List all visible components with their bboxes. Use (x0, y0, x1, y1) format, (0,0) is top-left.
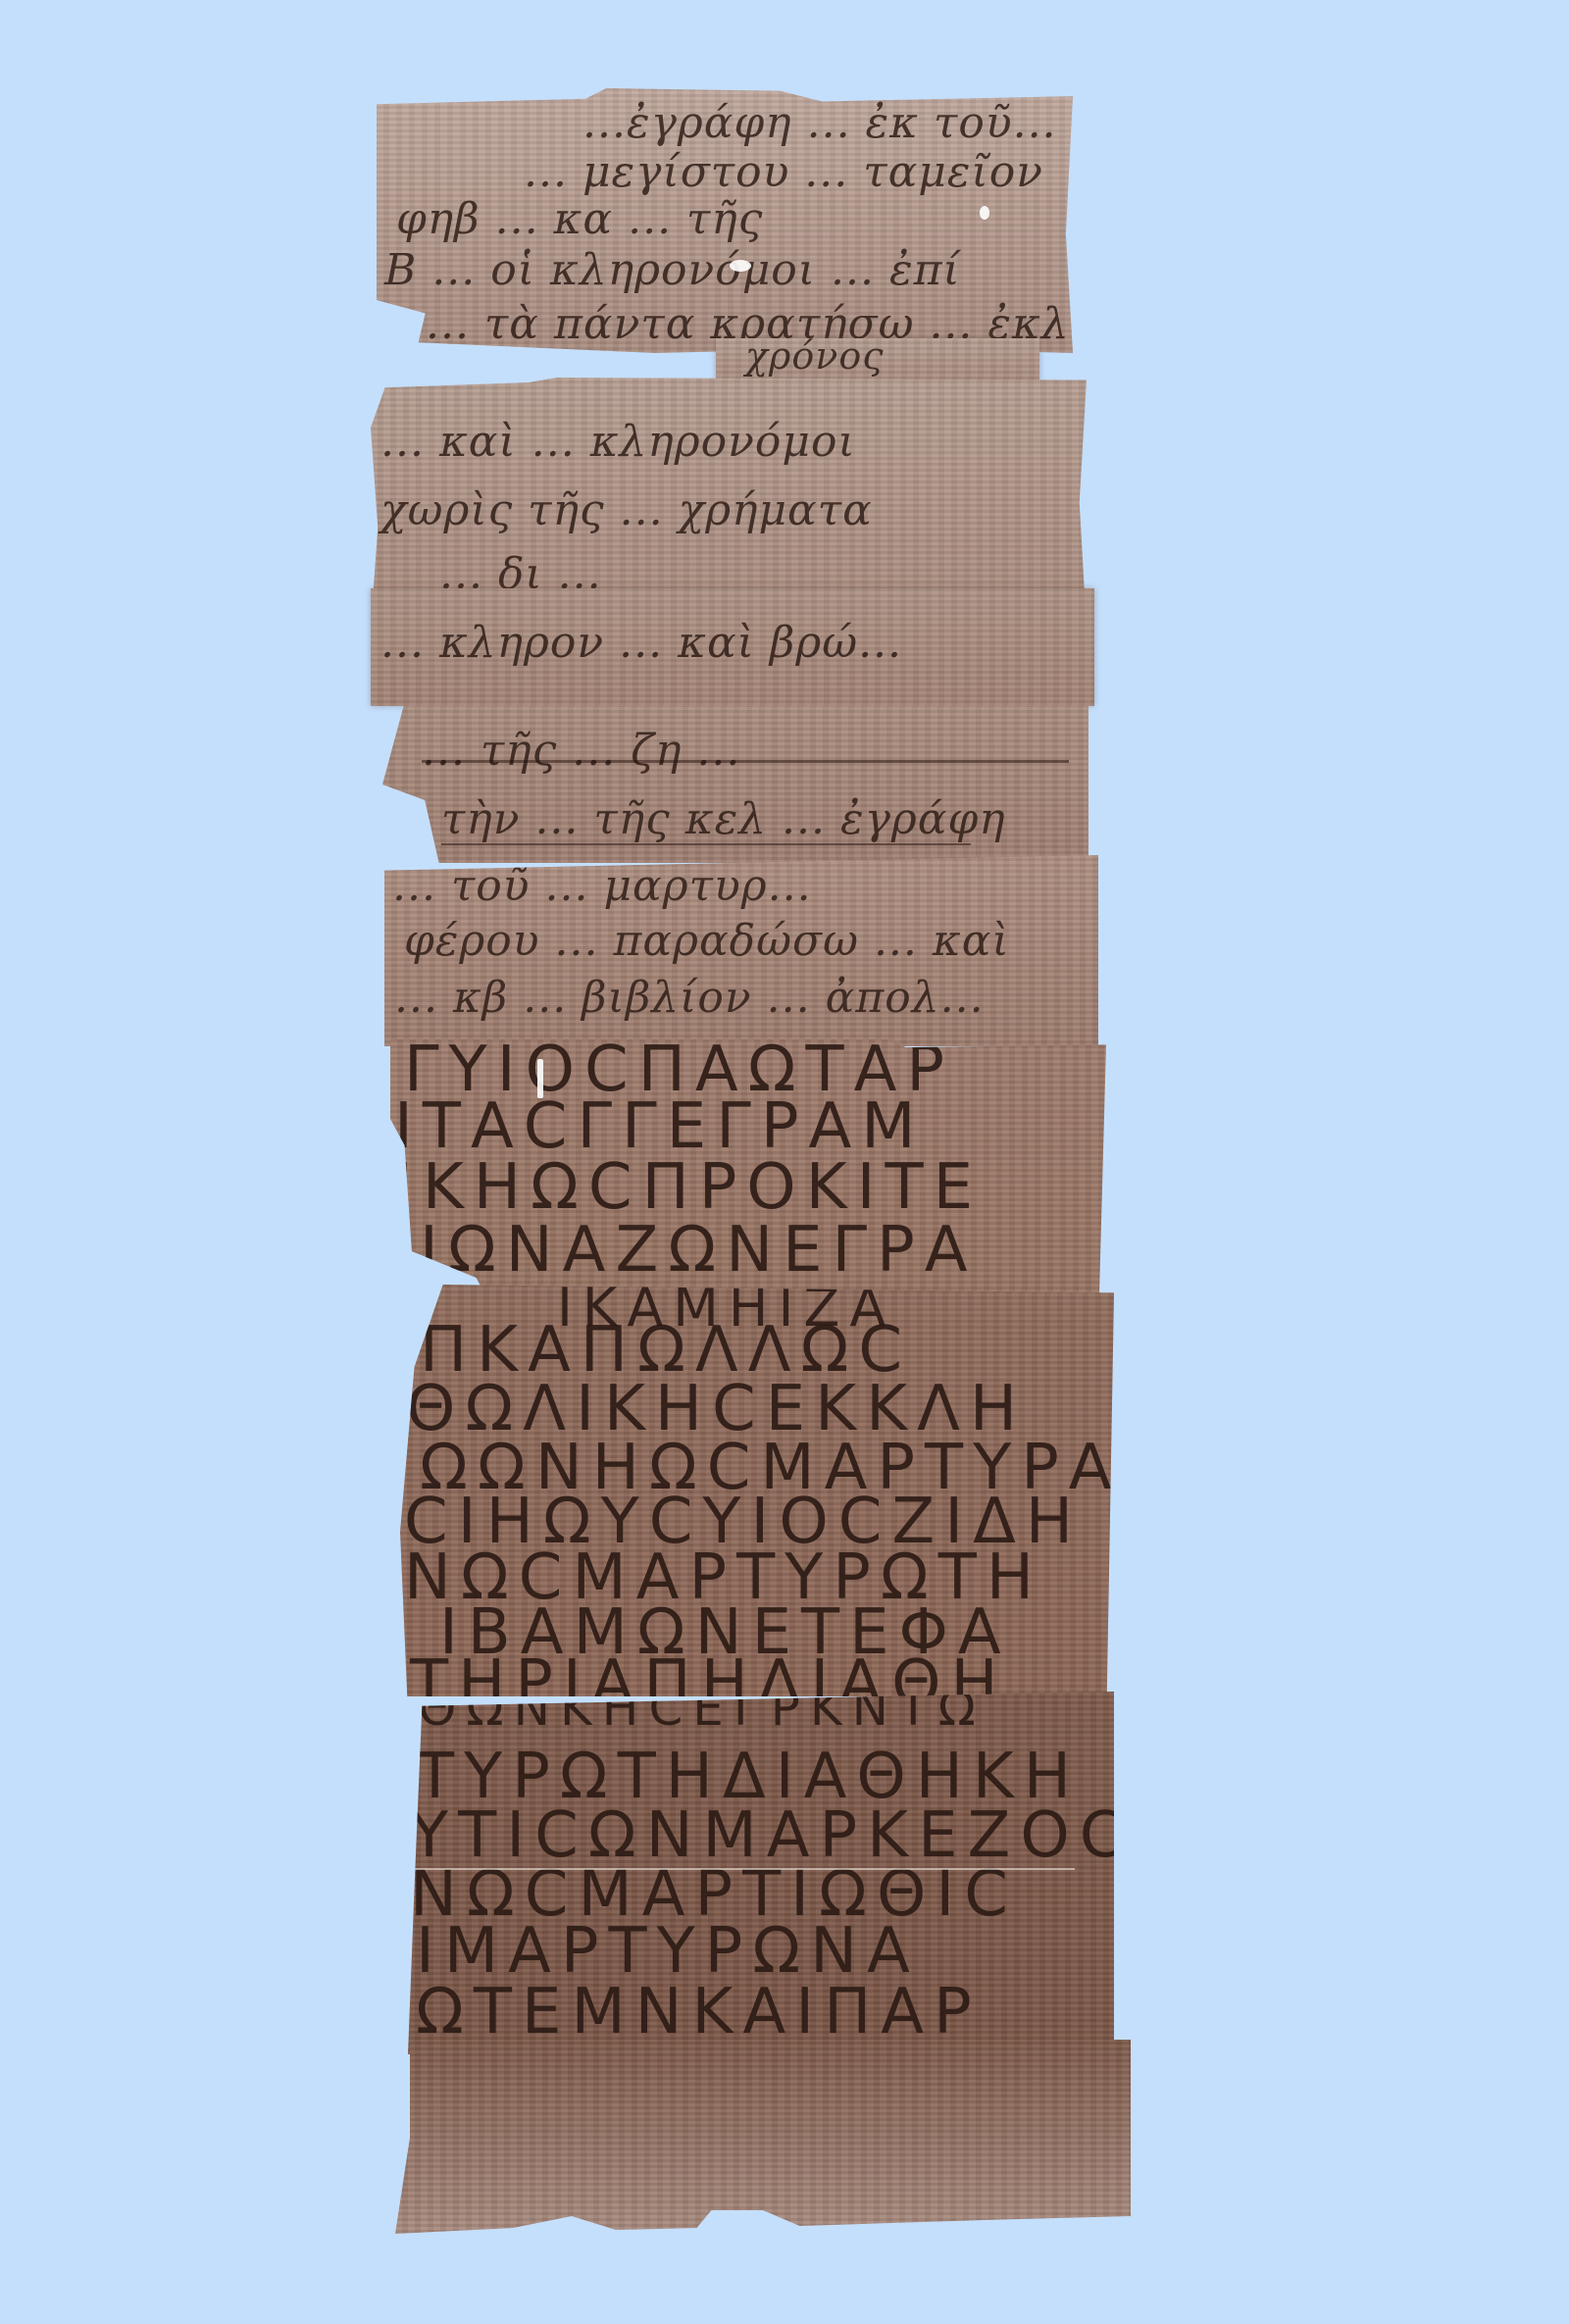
connector-fragment: χρόνος (716, 338, 1039, 382)
uncial-section-b: ΙΚΑΜΗΙΖΑ ΠΚΑΠΩΛΛΩϹ ΘΩΛΙΚΗϹΕΚΚΛΗ ΩΩΝΗΩϹΜΑ… (400, 1285, 1114, 1696)
text-line: ... μεγίστου ... ταμεῖον (377, 147, 1073, 197)
ink-stroke (441, 843, 971, 845)
text-line: ΙΚΗΩϹΠΡΟΚΙΤΕ (390, 1151, 1106, 1224)
text-line: ΙΩΝΑΖΩΝΕΓΡΑ (390, 1214, 1106, 1287)
text-line: τὴν ... τῆς κελ ... ἐγράφη (382, 794, 1088, 844)
hole (730, 260, 751, 272)
ink-stroke (422, 760, 1069, 763)
papyrus-fragment: ...ἐγράφη ... ἐκ τοῦ... ... μεγίστου ...… (0, 0, 1569, 2324)
text-line: Β ... οἱ κληρονόμοι ... ἐπί (377, 245, 1073, 295)
bottom-blank-area (395, 2040, 1131, 2236)
third-fragment: ... τῆς ... ζη ... τὴν ... τῆς κελ ... ἐ… (382, 706, 1088, 863)
uncial-section-a: ΓΥΙΟϹΠΑΩΤΑΡ ΙΤΑϹΓΓΕΓΡΑΜ ΙΚΗΩϹΠΡΟΚΙΤΕ ΙΩΝ… (390, 1039, 1106, 1304)
text-line: χρόνος (716, 338, 1039, 378)
crease (408, 1868, 1075, 1870)
second-fragment-lower: ... κληρον ... καὶ βρώ... (371, 588, 1094, 706)
fourth-fragment: ... τοῦ ... μαρτυρ... φέρου ... παραδώσω… (384, 855, 1098, 1046)
text-line: ΘΩΝΚΗϹΕΓΡΚΝΤΩ (408, 1692, 1114, 1737)
text-line: χωρὶς τῆς ... χρήματα (371, 485, 1087, 535)
hole (980, 206, 989, 220)
text-line: ΩΤΕΜΝΚΑΙΠΑΡ (408, 1976, 1114, 2048)
text-line: ... κληρον ... καὶ βρώ... (371, 618, 1094, 668)
top-fragment: ...ἐγράφη ... ἐκ τοῦ... ... μεγίστου ...… (377, 88, 1073, 353)
text-line: ... καὶ ... κληρονόμοι (371, 417, 1087, 467)
text-line: ΤΗΡΙΑΠΗΔΙΑΘΗ (400, 1647, 1114, 1696)
text-line: ... τοῦ ... μαρτυρ... (384, 861, 1098, 911)
hole (537, 1059, 543, 1098)
text-line: φηβ ... κα ... τῆς (377, 194, 1073, 244)
text-line: φέρου ... παραδώσω ... καὶ (384, 916, 1098, 966)
text-line: ... τῆς ... ζη ... (382, 726, 1088, 776)
text-line: ...ἐγράφη ... ἐκ τοῦ... (377, 98, 1073, 148)
uncial-section-c: ΘΩΝΚΗϹΕΓΡΚΝΤΩ ΤΥΡΩΤΗΔΙΑΘΗΚΗ ΥΤΙϹΩΝΜΑΡΚΕΖ… (408, 1692, 1114, 2054)
text-line: ... κβ ... βιβλίον ... ἀπολ... (384, 973, 1098, 1023)
